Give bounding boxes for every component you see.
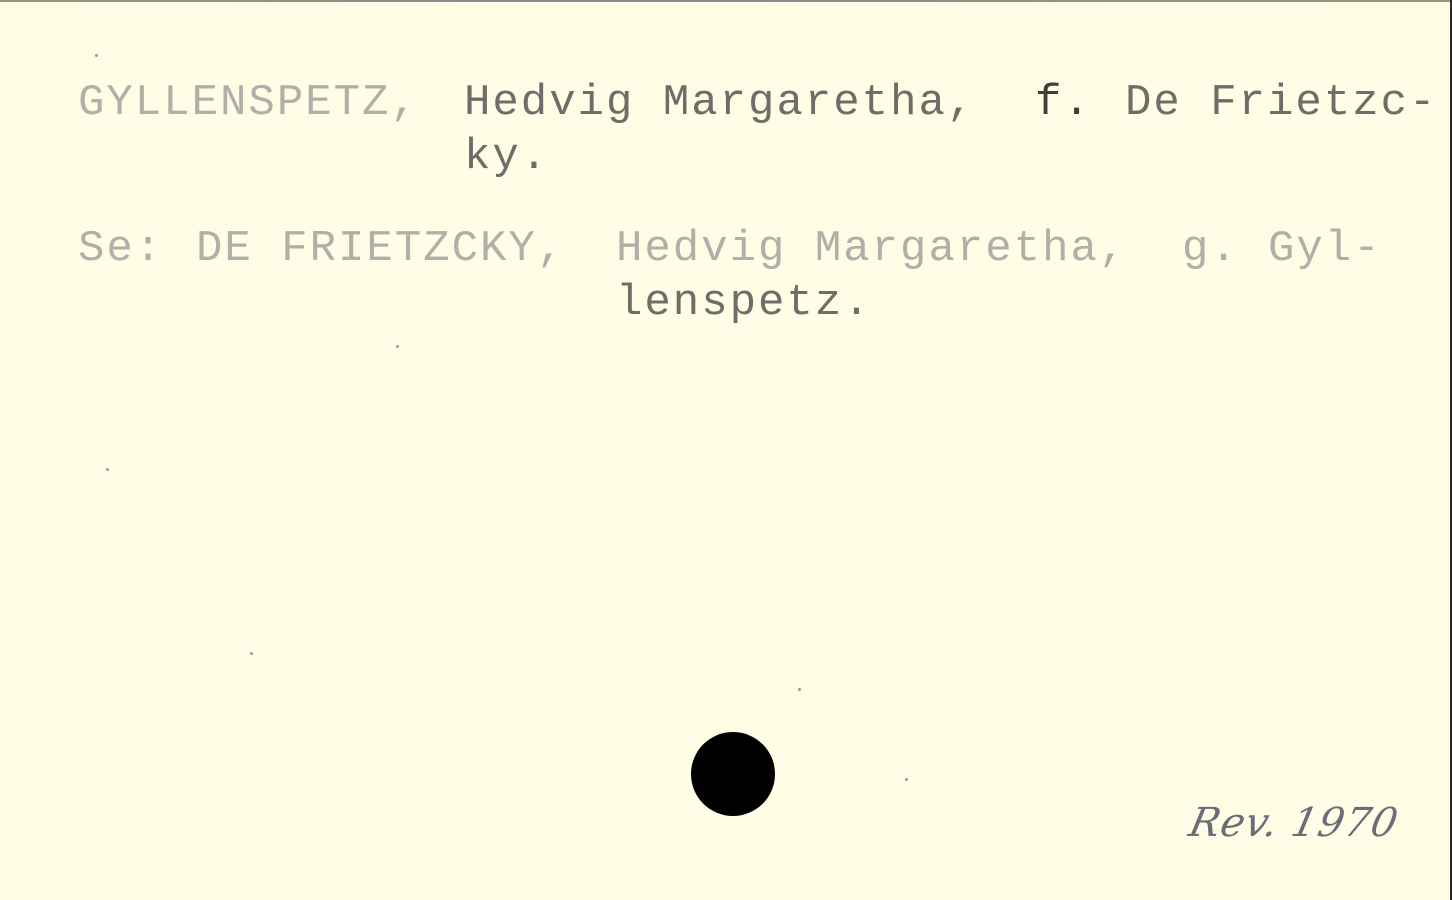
paper-speck [95,54,98,57]
cross-ref-given-names: Hedvig Margaretha, [616,224,1127,274]
cross-ref-married-name-line2: lenspetz. [616,278,872,328]
paper-speck [250,652,253,655]
paper-speck [396,345,399,348]
see-label: Se: [78,224,163,274]
card-top-edge [0,0,1452,2]
cross-ref-surname: DE FRIETZCKY, [196,224,565,274]
cross-ref-note-prefix: g. [1182,224,1239,274]
paper-speck [798,688,801,691]
heading-surname: GYLLENSPETZ, [78,78,419,128]
heading-given-names: Hedvig Margaretha, [464,78,975,128]
heading-maiden-name-line2: ky. [464,132,549,182]
paper-speck [106,468,109,471]
catalog-card: GYLLENSPETZ, Hedvig Margaretha, f. De Fr… [0,0,1452,900]
revision-note: Rev. 1970 [1185,800,1403,846]
heading-maiden-name-line1: De Frietzc- [1125,78,1437,128]
heading-note-prefix: f. [1035,78,1092,128]
punch-hole [691,732,775,816]
paper-speck [905,778,908,781]
cross-ref-married-name-line1: Gyl- [1268,224,1382,274]
